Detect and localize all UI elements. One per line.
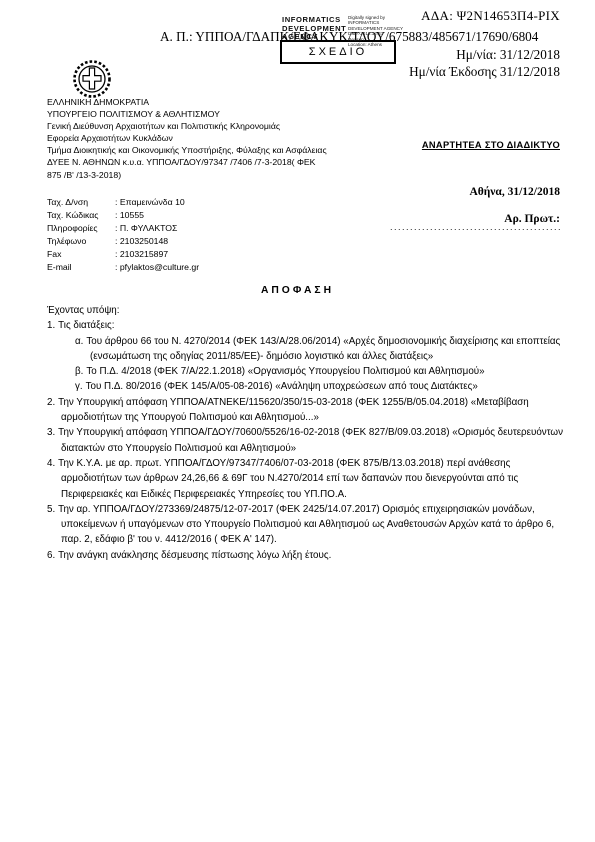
protocol-number-dotted-line: ........................................… xyxy=(390,222,562,232)
contact-value: : 2103250148 xyxy=(115,235,168,248)
contact-value: : Π. ΦΥΛΑΚΤΟΣ xyxy=(115,222,177,235)
agency-header-line: Εφορεία Αρχαιοτήτων Κυκλάδων xyxy=(47,132,387,144)
item-marker: 1. xyxy=(47,320,58,331)
stamp-signature-line: Location: Athens xyxy=(348,42,406,47)
contact-value: : 2103215897 xyxy=(115,248,168,261)
contact-row: Τηλέφωνο : 2103250148 xyxy=(47,235,199,248)
issue-date: Ημ/νία Έκδοσης 31/12/2018 xyxy=(409,64,560,80)
item-text: Το Π.Δ. 4/2018 (ΦΕΚ 7/Α/22.1.2018) «Οργα… xyxy=(86,366,484,377)
legal-basis-item: γ.Του Π.Δ. 80/2016 (ΦΕΚ 145/Α/05-08-2016… xyxy=(75,379,569,394)
preamble: Έχοντας υπόψη: xyxy=(47,303,569,318)
draft-stamp-label: ΣΧΕΔΙΟ xyxy=(309,46,367,58)
contact-label: Πληροφορίες xyxy=(47,222,115,235)
item-text: Την Υπουργική απόφαση ΥΠΠΟΑ/ΑΤΝΕΚΕ/11562… xyxy=(58,397,529,423)
contact-label: Fax xyxy=(47,248,115,261)
legal-basis-item: 4.Την Κ.Υ.Α. με αρ. πρωτ. ΥΠΠΟΑ/ΓΔΟΥ/973… xyxy=(47,456,569,502)
legal-basis-item: 5.Την αρ. ΥΠΠΟΑ/ΓΔΟΥ/273369/24875/12-07-… xyxy=(47,502,569,548)
agency-header: ΕΛΛΗΝΙΚΗ ΔΗΜΟΚΡΑΤΙΑΥΠΟΥΡΓΕΙΟ ΠΟΛΙΤΙΣΜΟΥ … xyxy=(47,96,387,181)
legal-basis-item: 1.Τις διατάξεις: xyxy=(47,318,569,333)
legal-basis-item: β.Το Π.Δ. 4/2018 (ΦΕΚ 7/Α/22.1.2018) «Ορ… xyxy=(75,364,569,379)
stamp-agency-line: AGENCY xyxy=(282,33,346,42)
agency-header-line: Γενική Διεύθυνση Αρχαιοτήτων και Πολιτισ… xyxy=(47,120,387,132)
decision-title: ΑΠΟΦΑΣΗ xyxy=(0,285,595,296)
agency-header-line: Τμήμα Διοικητικής και Οικονομικής Υποστή… xyxy=(47,144,387,156)
item-text: Του άρθρου 66 του Ν. 4270/2014 (ΦΕΚ 143/… xyxy=(86,336,560,362)
item-marker: 4. xyxy=(47,458,58,469)
item-marker: 6. xyxy=(47,550,58,561)
item-marker: β. xyxy=(75,366,86,377)
agency-header-line: ΥΠΟΥΡΓΕΙΟ ΠΟΛΙΤΙΣΜΟΥ & ΑΘΛΗΤΙΣΜΟΥ xyxy=(47,108,387,120)
item-text: Την αρ. ΥΠΠΟΑ/ΓΔΟΥ/273369/24875/12-07-20… xyxy=(58,504,554,546)
decision-body: Έχοντας υπόψη: 1.Τις διατάξεις: α.Του άρ… xyxy=(47,303,569,563)
item-text: Την Κ.Υ.Α. με αρ. πρωτ. ΥΠΠΟΑ/ΓΔΟΥ/97347… xyxy=(58,458,518,500)
item-marker: α. xyxy=(75,336,86,347)
contact-row: Ταχ. Κώδικας : 10555 xyxy=(47,209,199,222)
legal-basis-item: 2.Την Υπουργική απόφαση ΥΠΠΟΑ/ΑΤΝΕΚΕ/115… xyxy=(47,395,569,426)
contact-label: Τηλέφωνο xyxy=(47,235,115,248)
contact-info-block: Ταχ. Δ/νση : Επαμεινώνδα 10 Ταχ. Κώδικας… xyxy=(47,196,199,274)
item-text: Τις διατάξεις: xyxy=(58,320,114,331)
legal-basis-item: 6.Την ανάγκη ανάκλησης δέσμευσης πίστωση… xyxy=(47,548,569,563)
agency-header-line: ΕΛΛΗΝΙΚΗ ΔΗΜΟΚΡΑΤΙΑ xyxy=(47,96,387,108)
item-text: Την ανάγκη ανάκλησης δέσμευσης πίστωσης … xyxy=(58,550,331,561)
contact-row: E-mail : pfylaktos@culture.gr xyxy=(47,261,199,274)
item-marker: 3. xyxy=(47,427,58,438)
stamp-agency-name: INFORMATICSDEVELOPMENTAGENCY xyxy=(282,16,346,42)
legal-basis-list: 1.Τις διατάξεις: α.Του άρθρου 66 του Ν. … xyxy=(47,318,569,563)
item-text: Του Π.Δ. 80/2016 (ΦΕΚ 145/Α/05-08-2016) … xyxy=(86,381,478,392)
agency-header-line: ΔΥΕΕ Ν. ΑΘΗΝΩΝ κ.υ.α. ΥΠΠΟΑ/ΓΔΟΥ/97347 /… xyxy=(47,156,387,168)
agency-header-line: 875 /Β' /13-3-2018) xyxy=(47,169,387,181)
ada-code: ΑΔΑ: Ψ2Ν14653Π4-ΡΙΧ xyxy=(421,8,560,24)
item-marker: 2. xyxy=(47,397,58,408)
contact-row: Fax : 2103215897 xyxy=(47,248,199,261)
contact-label: Ταχ. Δ/νση xyxy=(47,196,115,209)
document-page: ΑΔΑ: Ψ2Ν14653Π4-ΡΙΧ Α. Π.: ΥΠΠΟΑ/ΓΔΑΠΚ/Ε… xyxy=(0,0,595,842)
item-marker: γ. xyxy=(75,381,86,392)
stamp-signature-details: Digitally signed byINFORMATICSDEVELOPMEN… xyxy=(348,15,406,47)
contact-value: : 10555 xyxy=(115,209,144,222)
contact-row: Πληροφορίες : Π. ΦΥΛΑΚΤΟΣ xyxy=(47,222,199,235)
contact-value: : Επαμεινώνδα 10 xyxy=(115,196,185,209)
item-text: Την Υπουργική απόφαση ΥΠΠΟΑ/ΓΔΟΥ/70600/5… xyxy=(58,427,563,453)
contact-label: E-mail xyxy=(47,261,115,274)
contact-value: : pfylaktos@culture.gr xyxy=(115,261,199,274)
city-and-date: Αθήνα, 31/12/2018 xyxy=(469,186,560,198)
legal-basis-item: 3.Την Υπουργική απόφαση ΥΠΠΟΑ/ΓΔΟΥ/70600… xyxy=(47,425,569,456)
item-marker: 5. xyxy=(47,504,58,515)
contact-row: Ταχ. Δ/νση : Επαμεινώνδα 10 xyxy=(47,196,199,209)
legal-basis-item: α.Του άρθρου 66 του Ν. 4270/2014 (ΦΕΚ 14… xyxy=(75,334,569,365)
contact-label: Ταχ. Κώδικας xyxy=(47,209,115,222)
document-date: Ημ/νία: 31/12/2018 xyxy=(456,47,560,63)
internet-posting-label: ΑΝΑΡΤΗΤΕΑ ΣΤΟ ΔΙΑΔΙΚΤΥΟ xyxy=(422,140,560,150)
